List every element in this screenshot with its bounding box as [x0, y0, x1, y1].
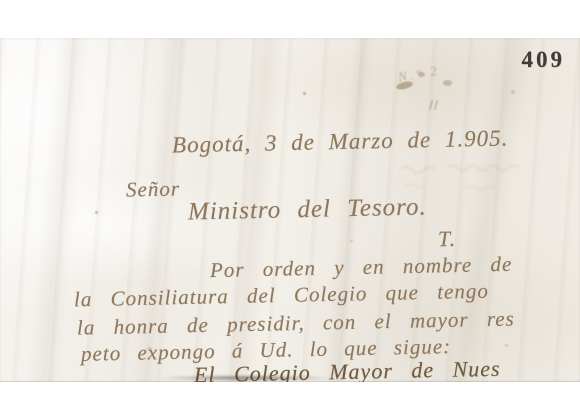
- ink-tick-mark: [429, 100, 438, 110]
- ink-speck: [505, 344, 508, 347]
- ink-speck: [95, 211, 98, 214]
- addressee: Ministro del Tesoro.: [188, 194, 427, 227]
- folio-number: 409: [522, 47, 566, 73]
- ink-blot: [418, 72, 425, 77]
- ink-speck: [350, 240, 353, 242]
- addressee-mark: T.: [438, 226, 457, 252]
- ink-blot: [443, 80, 452, 86]
- dateline: Bogotá, 3 de Marzo de 1.905.: [172, 125, 509, 158]
- manuscript-paper: 409 N.° 2 Bogotá, 3 de Marzo de 1.905. S…: [0, 38, 580, 382]
- ink-speck: [303, 92, 306, 95]
- ink-bleedthrough: [396, 160, 566, 194]
- ink-speck: [511, 90, 515, 94]
- salutation: Señor: [126, 176, 181, 202]
- ink-speck: [147, 347, 152, 351]
- scanned-letter-page: 409 N.° 2 Bogotá, 3 de Marzo de 1.905. S…: [0, 0, 580, 420]
- paper-edge: [0, 381, 580, 382]
